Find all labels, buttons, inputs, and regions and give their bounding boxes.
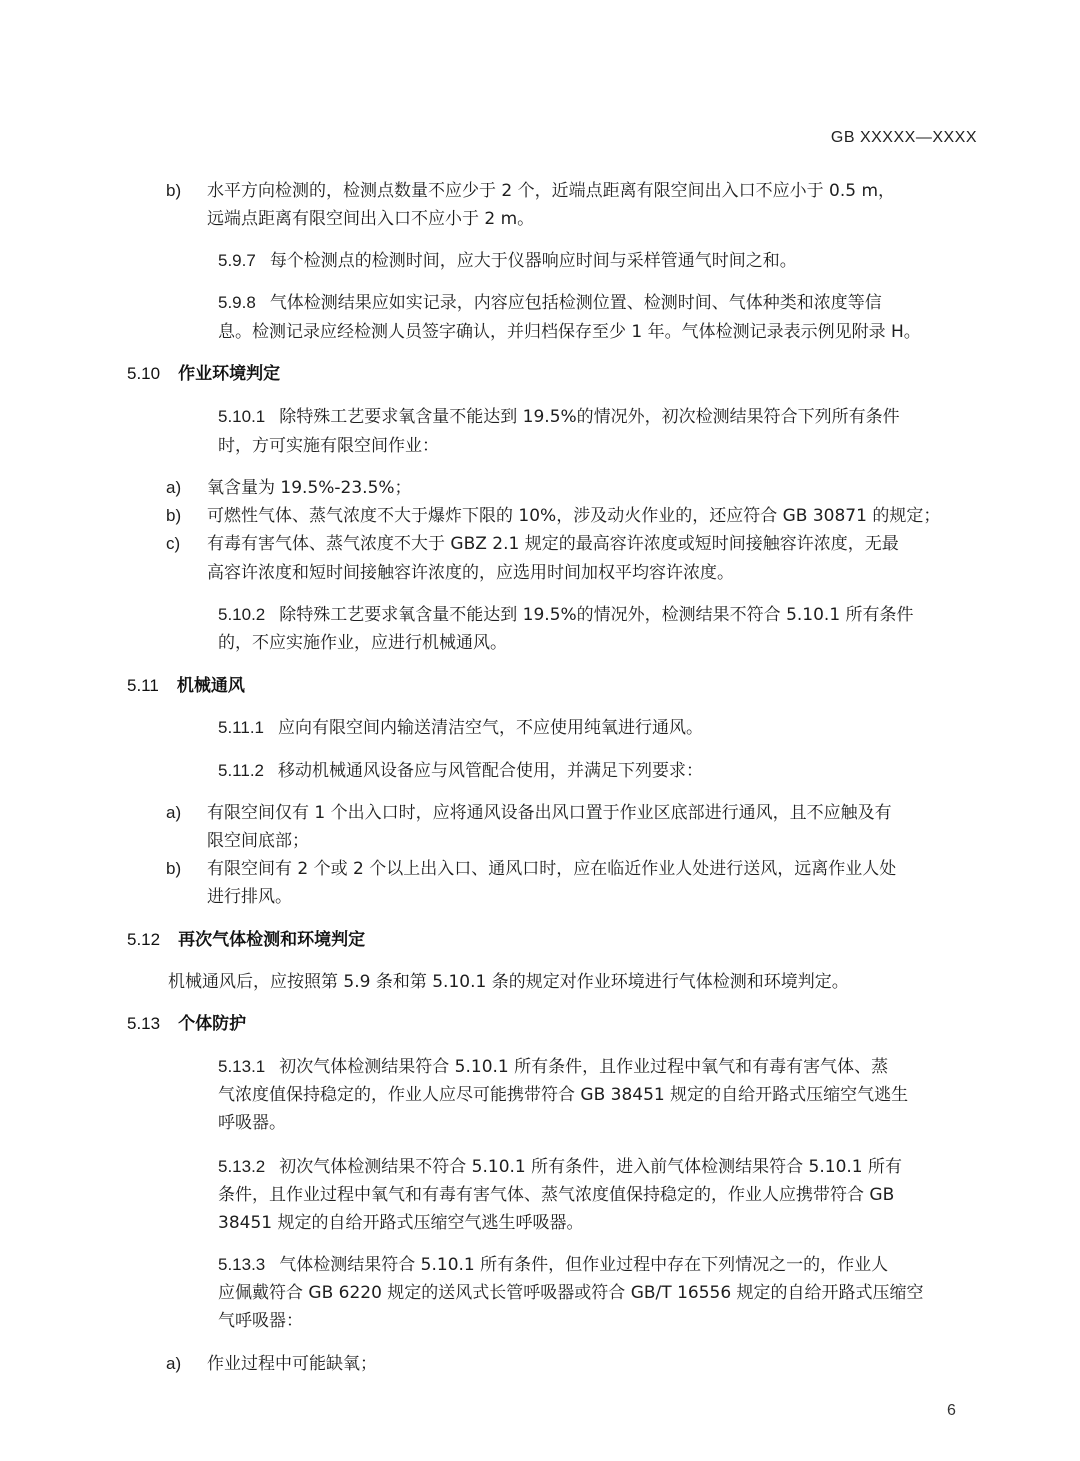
section-body-text: 机械通风后，应按照第 5.9 条和第 5.10.1 条的规定对作业环境进行气体检… [168,970,849,994]
section-title: 个体防护 [178,1014,246,1034]
clause-text: 每个检测点的检测时间，应大于仪器响应时间与采样管通气时间之和。 [270,251,797,271]
clause-5-11-2: 5.11.2移动机械通风设备应与风管配合使用，并满足下列要求： [218,759,703,783]
clause-text: 除特殊工艺要求氧含量不能达到 19.5%的情况外，检测结果不符合 5.10.1 … [279,605,913,625]
clause-text: 移动机械通风设备应与风管配合使用，并满足下列要求： [278,761,703,781]
list-item-text: 有毒有害气体、蒸气浓度不大于 GBZ 2.1 规定的最高容许浓度或短时间接触容许… [207,532,899,556]
list-item-text: 水平方向检测的，检测点数量不应少于 2 个，近端点距离有限空间出入口不应小于 0… [207,179,895,203]
section-number: 5.10 [127,364,160,383]
list-item-text: 限空间底部； [207,829,309,853]
list-marker: b) [166,857,181,881]
clause-5-9-8: 5.9.8气体检测结果应如实记录，内容应包括检测位置、检测时间、气体种类和浓度等… [218,291,882,315]
clause-number: 5.11.2 [218,761,264,780]
clause-text: 气浓度值保持稳定的，作业人应尽可能携带符合 GB 38451 规定的自给开路式压… [218,1083,908,1107]
clause-5-11-1: 5.11.1应向有限空间内输送清洁空气，不应使用纯氧进行通风。 [218,716,703,740]
clause-text: 呼吸器。 [218,1111,286,1135]
clause-text: 初次气体检测结果不符合 5.10.1 所有条件，进入前气体检测结果符合 5.10… [279,1157,902,1177]
clause-number: 5.9.8 [218,293,256,312]
clause-number: 5.13.3 [218,1255,265,1274]
list-item-text: 有限空间有 2 个或 2 个以上出入口、通风口时，应在临近作业人处进行送风，远离… [207,857,896,881]
list-marker: a) [166,1352,181,1376]
clause-number: 5.10.1 [218,407,265,426]
clause-number: 5.10.2 [218,605,265,624]
list-item-text: 远端点距离有限空间出入口不应小于 2 m。 [207,207,534,231]
list-marker: b) [166,504,181,528]
list-item-text: 氧含量为 19.5%-23.5%； [207,476,412,500]
list-item-text: 进行排风。 [207,885,292,909]
clause-5-13-2: 5.13.2初次气体检测结果不符合 5.10.1 所有条件，进入前气体检测结果符… [218,1155,902,1179]
clause-text: 气体检测结果应如实记录，内容应包括检测位置、检测时间、气体种类和浓度等信 [270,293,882,313]
list-marker: a) [166,801,181,825]
document-page: GB XXXXX—XXXX b) 水平方向检测的，检测点数量不应少于 2 个，近… [0,0,1080,1461]
clause-text: 气体检测结果符合 5.10.1 所有条件，但作业过程中存在下列情况之一的，作业人 [279,1255,888,1275]
clause-5-10-1: 5.10.1除特殊工艺要求氧含量不能达到 19.5%的情况外，初次检测结果符合下… [218,405,900,429]
clause-text: 38451 规定的自给开路式压缩空气逃生呼吸器。 [218,1211,583,1235]
clause-number: 5.9.7 [218,251,256,270]
section-title: 作业环境判定 [178,364,280,384]
clause-5-13-3: 5.13.3气体检测结果符合 5.10.1 所有条件，但作业过程中存在下列情况之… [218,1253,888,1277]
section-heading-5-12: 5.12再次气体检测和环境判定 [127,928,365,952]
section-number: 5.11 [127,676,159,695]
section-title: 机械通风 [177,676,245,696]
section-number: 5.13 [127,1014,160,1033]
list-item-text: 可燃性气体、蒸气浓度不大于爆炸下限的 10%，涉及动火作业的，还应符合 GB 3… [207,504,940,528]
page-number: 6 [947,1402,956,1420]
clause-text: 应佩戴符合 GB 6220 规定的送风式长管呼吸器或符合 GB/T 16556 … [218,1281,924,1305]
list-item-text: 高容许浓度和短时间接触容许浓度的，应选用时间加权平均容许浓度。 [207,561,734,585]
clause-number: 5.13.2 [218,1157,265,1176]
section-title: 再次气体检测和环境判定 [178,930,365,950]
section-number: 5.12 [127,930,160,949]
list-marker: a) [166,476,181,500]
clause-text: 的，不应实施作业，应进行机械通风。 [218,631,507,655]
clause-text: 除特殊工艺要求氧含量不能达到 19.5%的情况外，初次检测结果符合下列所有条件 [279,407,899,427]
clause-5-13-1: 5.13.1初次气体检测结果符合 5.10.1 所有条件，且作业过程中氧气和有毒… [218,1055,888,1079]
list-marker: b) [166,179,181,203]
clause-text: 息。检测记录应经检测人员签字确认，并归档保存至少 1 年。气体检测记录表示例见附… [218,320,921,344]
section-heading-5-10: 5.10作业环境判定 [127,362,280,386]
list-item-text: 有限空间仅有 1 个出入口时，应将通风设备出风口置于作业区底部进行通风，且不应触… [207,801,892,825]
clause-number: 5.13.1 [218,1057,265,1076]
clause-text: 时，方可实施有限空间作业： [218,434,439,458]
clause-number: 5.11.1 [218,718,264,737]
list-marker: c) [166,532,180,556]
clause-text: 气呼吸器： [218,1309,303,1333]
document-code-header: GB XXXXX—XXXX [831,129,977,147]
clause-text: 初次气体检测结果符合 5.10.1 所有条件，且作业过程中氧气和有毒有害气体、蒸 [279,1057,888,1077]
clause-text: 条件，且作业过程中氧气和有毒有害气体、蒸气浓度值保持稳定的，作业人应携带符合 G… [218,1183,894,1207]
section-heading-5-11: 5.11机械通风 [127,674,245,698]
list-item-text: 作业过程中可能缺氧； [207,1352,377,1376]
clause-5-10-2: 5.10.2除特殊工艺要求氧含量不能达到 19.5%的情况外，检测结果不符合 5… [218,603,914,627]
clause-5-9-7: 5.9.7每个检测点的检测时间，应大于仪器响应时间与采样管通气时间之和。 [218,249,797,273]
section-heading-5-13: 5.13个体防护 [127,1012,246,1036]
clause-text: 应向有限空间内输送清洁空气，不应使用纯氧进行通风。 [278,718,703,738]
